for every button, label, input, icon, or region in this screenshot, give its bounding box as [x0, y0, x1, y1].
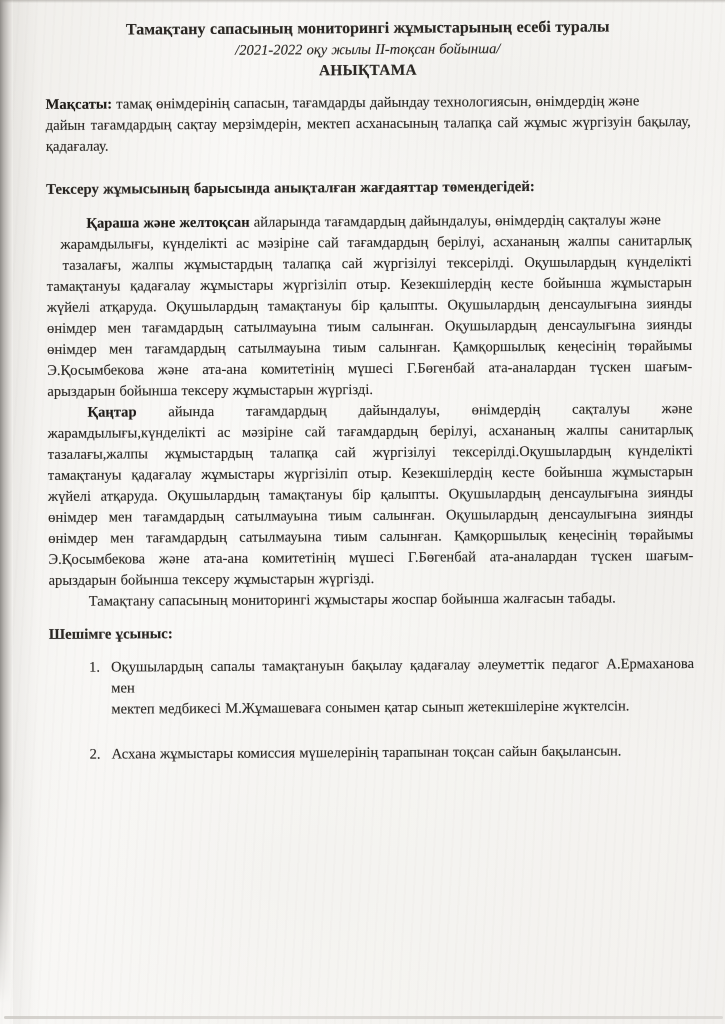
document-heading: АНЫҚТАМА [45, 58, 690, 84]
document-content: Тамақтану сапасының мониторингі жұмыстар… [0, 0, 725, 766]
text-line: Э.Қосымбекова және ата-ана комитетінің м… [48, 546, 693, 571]
report-paragraphs: Қараша және желтоқсан айларында тағамдар… [46, 210, 693, 592]
decision-number: 2. [90, 745, 112, 766]
decision-list: 1.Оқушылардың сапалы тамақтануын бақылау… [49, 654, 695, 766]
scan-bottom-edge [4, 1016, 723, 1019]
bold-text: Мақсаты: [46, 97, 113, 113]
report-paragraph: Қараша және желтоқсан айларында тағамдар… [46, 210, 692, 403]
scanned-page: Тамақтану сапасының мониторингі жұмыстар… [0, 0, 725, 1024]
purpose-paragraph: Мақсаты: тамақ өнімдерінің сапасын, таға… [46, 91, 691, 158]
decision-heading: Шешімге ұсыныс: [49, 621, 694, 646]
text-line: Э.Қосымбекова және ата-ана комитетінің м… [47, 357, 692, 382]
decision-text: Асхана жұмыстары комиссия мүшелерінің та… [112, 741, 695, 766]
bold-text: Қараша және желтоқсан [86, 215, 249, 232]
report-paragraph: Қаңтар айында тағамдардың дайындалуы, өн… [47, 399, 693, 592]
text-line: дайын тағамдардың сақтау мерзімдерін, ме… [46, 112, 691, 137]
decision-item: 1.Оқушылардың сапалы тамақтануын бақылау… [89, 654, 694, 721]
decision-number: 1. [89, 658, 111, 721]
decision-text: Оқушылардың сапалы тамақтануын бақылау қ… [111, 654, 694, 721]
document-title: Тамақтану сапасының мониторингі жұмыстар… [45, 16, 690, 42]
closing-line: Тамақтану сапасының мониторингі жұмыстар… [49, 588, 694, 613]
decision-item: 2.Асхана жұмыстары комиссия мүшелерінің … [90, 741, 695, 766]
text-line: Асхана жұмыстары комиссия мүшелерінің та… [112, 741, 695, 766]
text-line: мектеп медбикесі М.Жұмашеваға сонымен қа… [111, 696, 694, 721]
section-heading: Тексеру жұмысының барысында анықталған ж… [46, 176, 691, 201]
text-line: Оқушылардың сапалы тамақтануын бақылау қ… [111, 654, 694, 700]
bold-text: Қаңтар [87, 404, 136, 420]
text-line: қадағалау. [46, 133, 691, 158]
